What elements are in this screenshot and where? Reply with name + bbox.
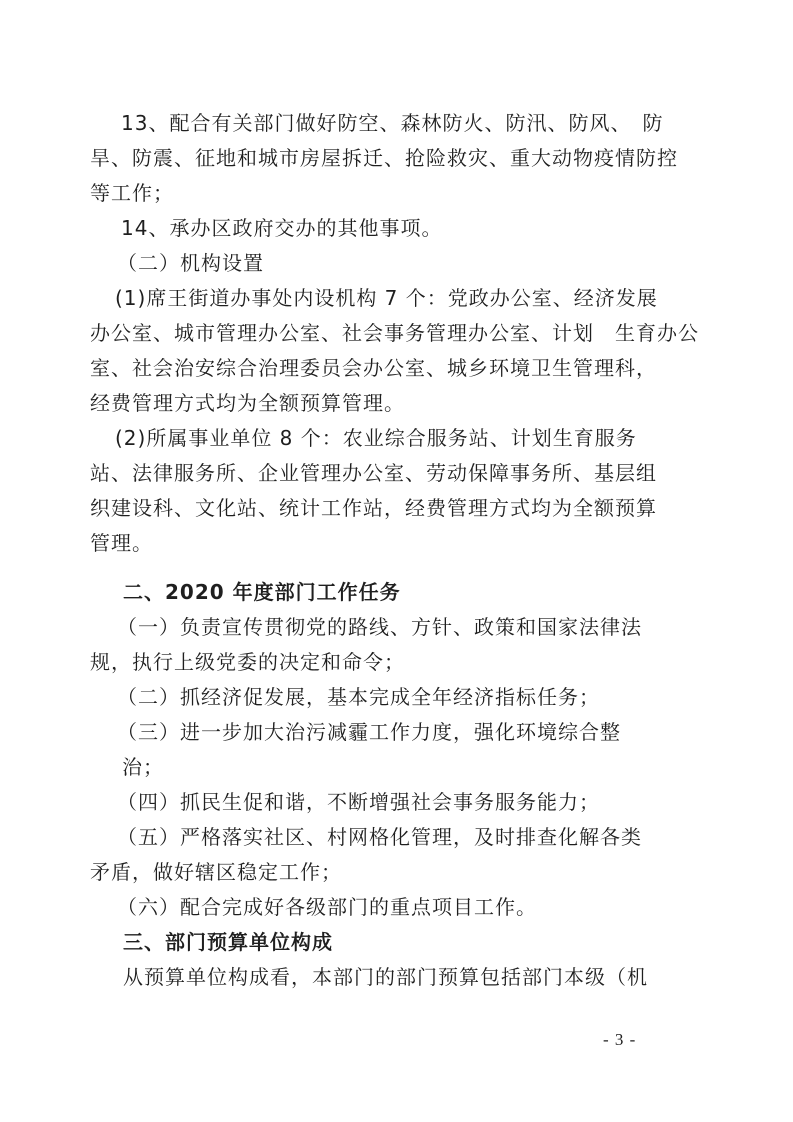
text-line: （一）负责宣传贯彻党的路线、方针、政策和国家法律法	[90, 610, 706, 645]
text-line: 13、配合有关部门做好防空、森林防火、防汛、防风、 防	[90, 106, 706, 141]
text-line: 规，执行上级党委的决定和命令；	[90, 645, 706, 680]
text-line: 等工作；	[90, 176, 706, 211]
text-line: 办公室、城市管理办公室、社会事务管理办公室、计划 生育办公	[90, 316, 706, 351]
text-line: （四）抓民生促和谐，不断增强社会事务服务能力；	[90, 785, 706, 820]
text-line: 管理。	[90, 526, 706, 561]
page-number: - 3 -	[603, 1030, 636, 1050]
text-line: 旱、防震、征地和城市房屋拆迁、抢险救灾、重大动物疫情防控	[90, 141, 706, 176]
text-line: （六）配合完成好各级部门的重点项目工作。	[90, 890, 706, 925]
text-line: (1)席王街道办事处内设机构 7 个：党政办公室、经济发展	[90, 281, 706, 316]
text-line: （二）抓经济促发展，基本完成全年经济指标任务；	[90, 680, 706, 715]
text-line: （三）进一步加大治污减霾工作力度，强化环境综合整	[90, 715, 706, 750]
text-line: 织建设科、文化站、统计工作站，经费管理方式均为全额预算	[90, 491, 706, 526]
text-line: 站、法律服务所、企业管理办公室、劳动保障事务所、基层组	[90, 456, 706, 491]
text-line: (2)所属事业单位 8 个：农业综合服务站、计划生育服务	[90, 421, 706, 456]
text-line: 经费管理方式均为全额预算管理。	[90, 386, 706, 421]
text-line: 从预算单位构成看，本部门的部门预算包括部门本级（机	[90, 960, 706, 995]
document-body: 13、配合有关部门做好防空、森林防火、防汛、防风、 防旱、防震、征地和城市房屋拆…	[90, 106, 706, 995]
text-line: （二）机构设置	[90, 246, 706, 281]
text-line: 三、部门预算单位构成	[90, 925, 706, 960]
text-line: 室、社会治安综合治理委员会办公室、城乡环境卫生管理科，	[90, 351, 706, 386]
text-line: （五）严格落实社区、村网格化管理，及时排查化解各类	[90, 820, 706, 855]
text-line: 14、承办区政府交办的其他事项。	[90, 211, 706, 246]
text-line: 二、2020 年度部门工作任务	[90, 575, 706, 610]
text-line: 矛盾，做好辖区稳定工作；	[90, 855, 706, 890]
document-page: 13、配合有关部门做好防空、森林防火、防汛、防风、 防旱、防震、征地和城市房屋拆…	[0, 0, 793, 1122]
text-line: 治；	[90, 750, 706, 785]
